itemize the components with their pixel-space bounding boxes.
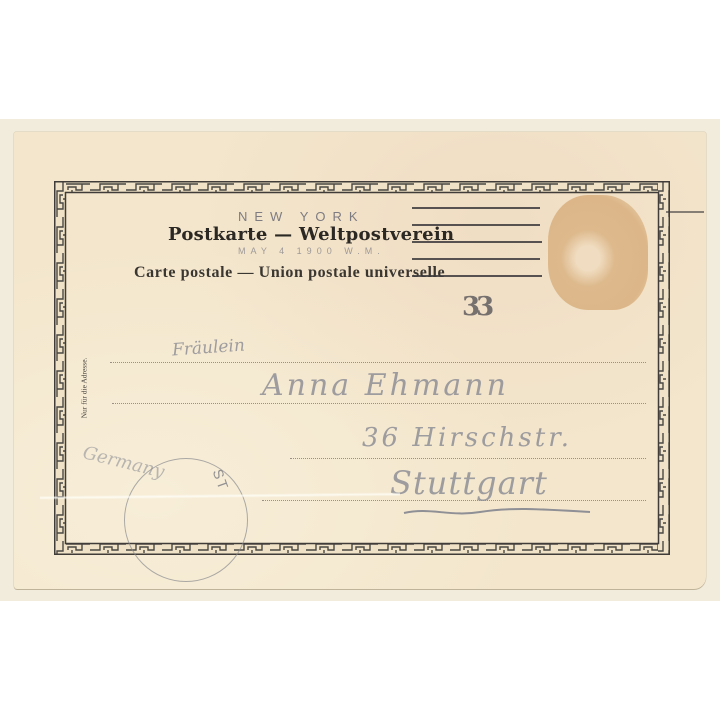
handwritten-name: Anna Ehmann xyxy=(262,368,509,403)
postmark-city: NEW YORK xyxy=(238,209,365,224)
city-underline xyxy=(400,505,600,519)
cancel-bar xyxy=(412,207,540,209)
cancel-bar xyxy=(412,241,542,243)
cancel-bar xyxy=(666,211,704,213)
cancel-bar xyxy=(412,258,540,260)
receiving-postmark xyxy=(124,458,248,582)
handwritten-city: Stuttgart xyxy=(390,464,548,502)
heading-french: Carte postale — Union postale universell… xyxy=(134,264,445,282)
address-line xyxy=(290,458,646,459)
address-only-label: Nur für die Adresse. xyxy=(80,358,89,419)
handwritten-street: 36 Hirschstr. xyxy=(362,423,572,453)
address-line xyxy=(110,362,646,363)
cancel-bar xyxy=(412,224,540,226)
cancel-bar xyxy=(412,275,542,277)
postmark-date: MAY 4 1900 W.M. xyxy=(238,246,385,256)
cancel-number: 33 xyxy=(462,292,490,322)
address-line xyxy=(112,403,646,404)
